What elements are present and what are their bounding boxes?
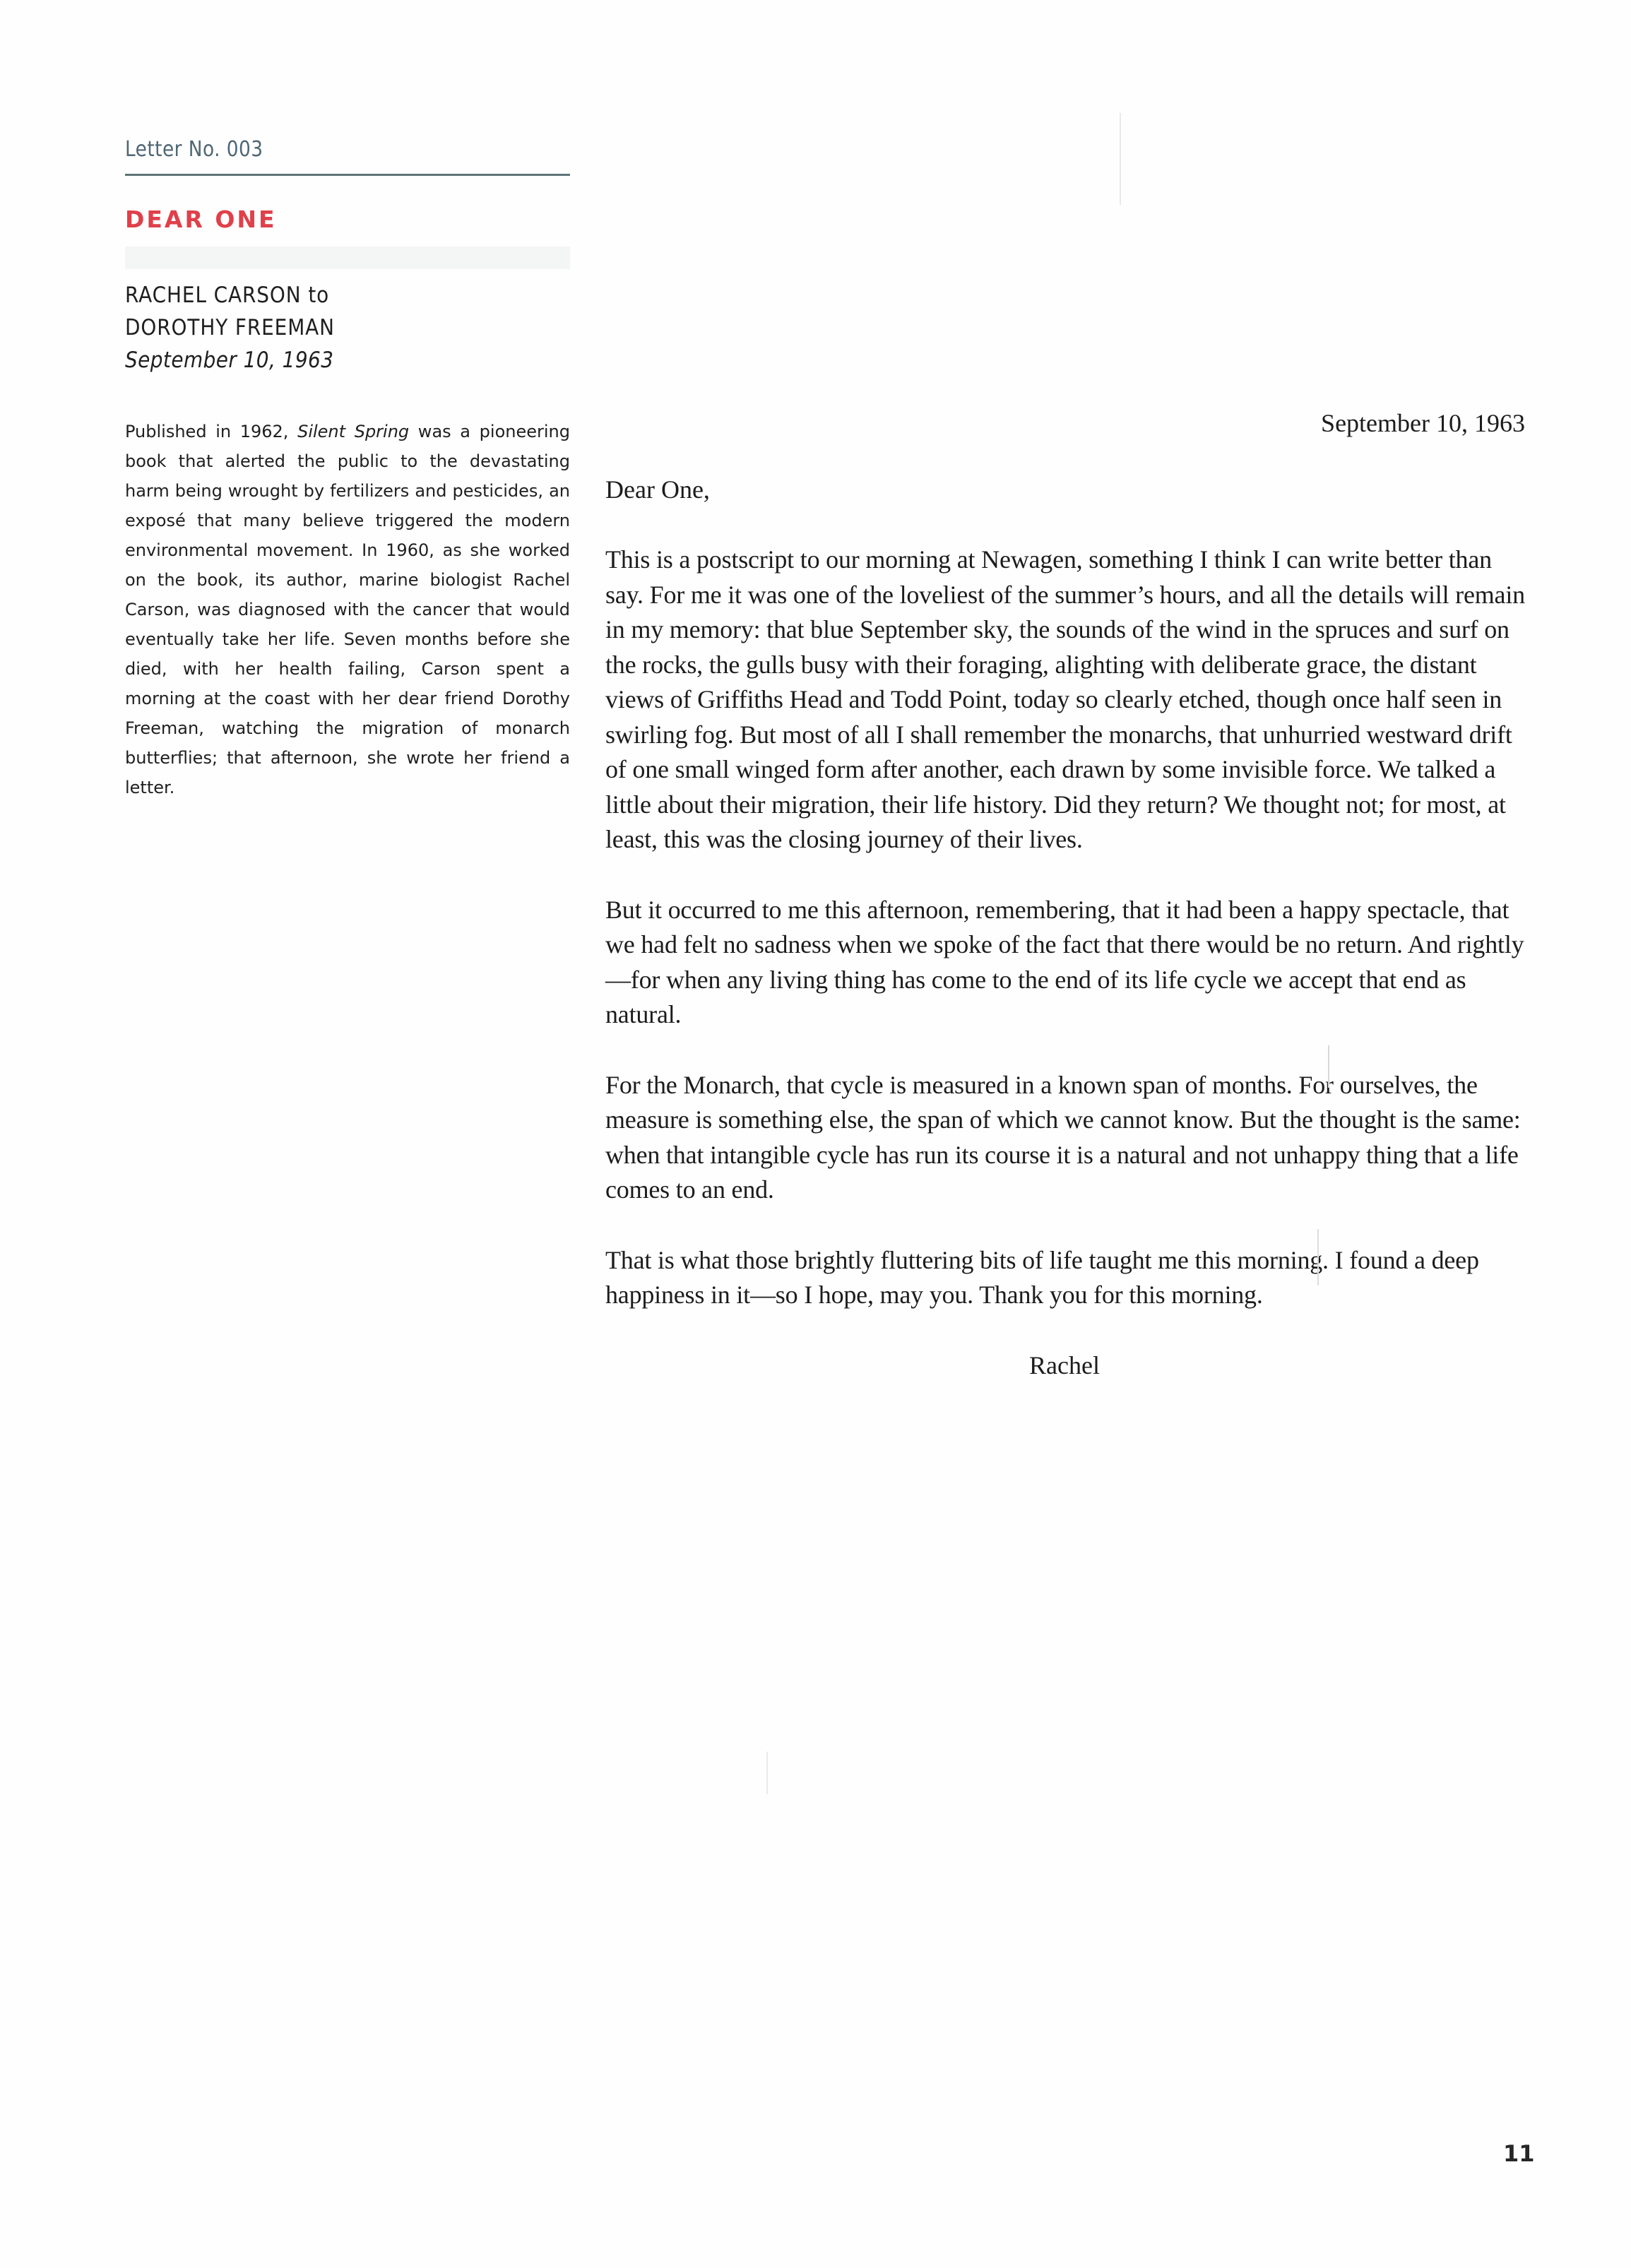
letter-signature: Rachel (605, 1348, 1531, 1384)
letter-number: Letter No. 003 (125, 134, 516, 165)
scan-artifact (766, 1752, 768, 1794)
letter-body: September 10, 1963 Dear One, This is a p… (605, 406, 1531, 1383)
letter-date: September 10, 1963 (605, 406, 1531, 441)
letter-paragraph: That is what those brightly fluttering b… (605, 1243, 1531, 1313)
correspondents-to: DOROTHY FREEMAN (125, 311, 570, 344)
letter-paragraph: But it occurred to me this afternoon, re… (605, 893, 1531, 1033)
sidebar-date: September 10, 1963 (125, 344, 570, 376)
intro-text-rest: was a pioneering book that alerted the p… (125, 422, 570, 797)
scan-artifact (1328, 1045, 1329, 1088)
book-title: Silent Spring (297, 422, 409, 441)
page-number: 11 (1503, 2140, 1535, 2167)
correspondents-from: RACHEL CARSON to (125, 279, 570, 311)
header-rule (125, 174, 570, 176)
letter-salutation: Dear One, (605, 473, 1531, 508)
scan-artifact (1120, 113, 1121, 205)
scan-artifact (1317, 1229, 1319, 1286)
letter-paragraph: This is a postscript to our morning at N… (605, 542, 1531, 857)
intro-paragraph: Published in 1962, Silent Spring was a p… (125, 417, 570, 802)
letter-title: DEAR ONE (125, 206, 570, 234)
title-underline-band (125, 247, 570, 269)
letter-sidebar: Letter No. 003 DEAR ONE RACHEL CARSON to… (125, 134, 570, 376)
intro-text-start: Published in 1962, (125, 422, 297, 441)
letter-paragraph: For the Monarch, that cycle is measured … (605, 1068, 1531, 1208)
correspondents: RACHEL CARSON to DOROTHY FREEMAN Septemb… (125, 279, 570, 376)
